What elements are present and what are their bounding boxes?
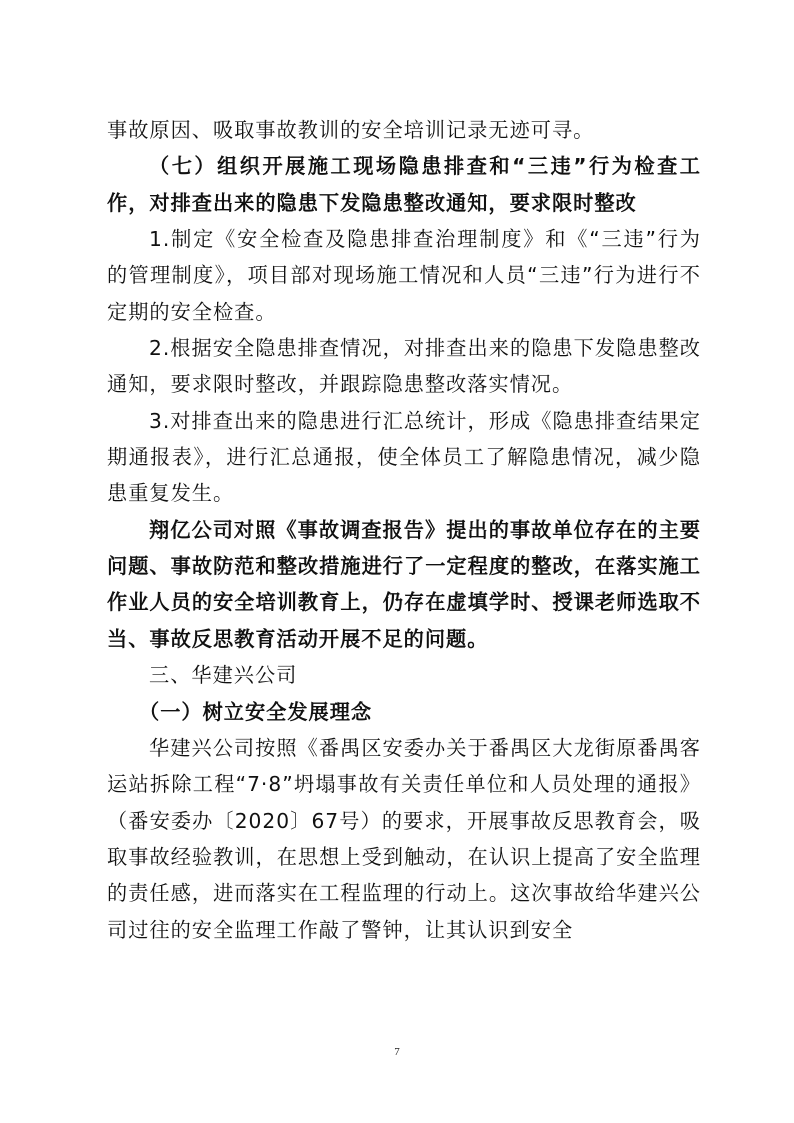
summary-paragraph-bold: 翔亿公司对照《事故调查报告》提出的事故单位存在的主要问题、事故防范和整改措施进行… — [107, 512, 701, 657]
page-body: 事故原因、吸取事故教训的安全培训记录无迹可寻。 （七）组织开展施工现场隐患排查和… — [107, 112, 701, 948]
page-number: 7 — [0, 1046, 794, 1058]
list-item-1: 1.制定《安全检查及隐患排查治理制度》和《“三违”行为的管理制度》，项目部对现场… — [107, 221, 701, 330]
list-item-2: 2.根据安全隐患排查情况，对排查出来的隐患下发隐患整改通知，要求限时整改，并跟踪… — [107, 330, 701, 403]
paragraph-continuation: 事故原因、吸取事故教训的安全培训记录无迹可寻。 — [107, 112, 701, 148]
subheading-seven: （七）组织开展施工现场隐患排查和“三违”行为检查工作，对排查出来的隐患下发隐患整… — [107, 148, 701, 221]
list-item-3: 3.对排查出来的隐患进行汇总统计，形成《隐患排查结果定期通报表》，进行汇总通报，… — [107, 403, 701, 512]
subheading-one: （一）树立安全发展理念 — [107, 694, 701, 730]
body-paragraph: 华建兴公司按照《番禺区安委办关于番禺区大龙街原番禺客运站拆除工程“7·8”坍塌事… — [107, 730, 701, 948]
document-page: 事故原因、吸取事故教训的安全培训记录无迹可寻。 （七）组织开展施工现场隐患排查和… — [0, 0, 794, 1123]
section-heading-three: 三、华建兴公司 — [107, 657, 701, 693]
